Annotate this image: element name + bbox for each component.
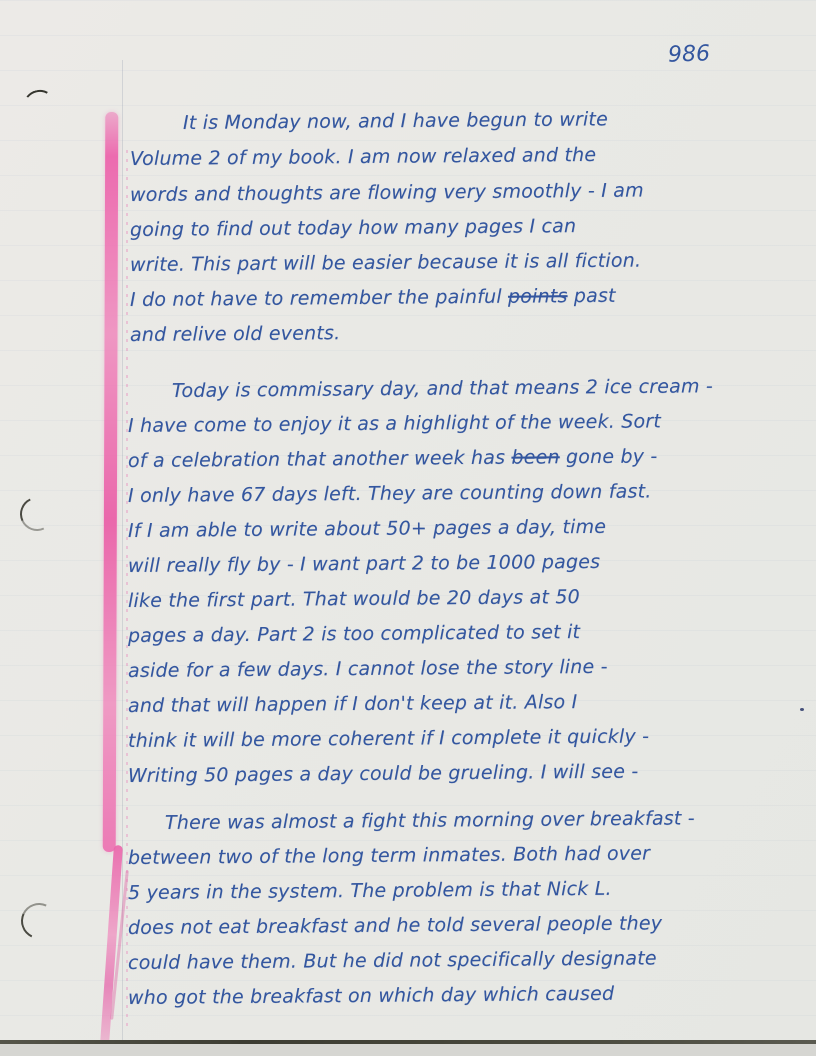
handwritten-line: If I am able to write about 50+ pages a … <box>128 516 606 542</box>
handwritten-line: think it will be more coherent if I comp… <box>128 725 649 752</box>
handwritten-line: could have them. But he did not specific… <box>128 947 657 974</box>
hole-punch-middle <box>15 492 59 536</box>
handwritten-line: and relive old events. <box>130 322 340 346</box>
handwritten-line: who got the breakfast on which day which… <box>128 983 614 1009</box>
pink-margin-line <box>103 112 119 852</box>
handwritten-line: I only have 67 days left. They are count… <box>128 480 652 507</box>
handwritten-line: pages a day. Part 2 is too complicated t… <box>128 621 580 647</box>
handwritten-line: Writing 50 pages a day could be grueling… <box>128 761 639 787</box>
handwritten-line: words and thoughts are flowing very smoo… <box>130 180 644 206</box>
handwritten-line: It is Monday now, and I have begun to wr… <box>183 108 608 134</box>
hole-punch-bottom <box>16 898 62 944</box>
handwritten-line: of a celebration that another week has b… <box>128 445 658 472</box>
handwritten-line: between two of the long term inmates. Bo… <box>128 842 650 869</box>
handwritten-line: I have come to enjoy it as a highlight o… <box>128 410 661 437</box>
handwritten-line: going to find out today how many pages I… <box>130 215 576 241</box>
handwritten-line: There was almost a fight this morning ov… <box>165 807 695 834</box>
handwritten-line: like the first part. That would be 20 da… <box>128 586 580 612</box>
paper: 986 It is Monday now, and I have begun t… <box>0 0 816 1042</box>
scanned-page: { "doc": { "page_number": "986", "paragr… <box>0 0 816 1056</box>
scanner-background: 986 It is Monday now, and I have begun t… <box>0 0 816 1056</box>
handwritten-line: does not eat breakfast and he told sever… <box>128 912 662 939</box>
handwritten-line: write. This part will be easier because … <box>130 250 641 276</box>
ink-speck <box>800 708 804 711</box>
handwritten-line: Volume 2 of my book. I am now relaxed an… <box>130 144 596 170</box>
hole-punch-top <box>22 87 57 119</box>
handwritten-line: I do not have to remember the painful po… <box>130 285 616 311</box>
handwritten-line: Today is commissary day, and that means … <box>172 375 713 402</box>
handwritten-line: aside for a few days. I cannot lose the … <box>128 656 608 682</box>
handwritten-line: and that will happen if I don't keep at … <box>128 691 578 717</box>
handwritten-line: 5 years in the system. The problem is th… <box>128 878 612 904</box>
handwritten-line: will really fly by - I want part 2 to be… <box>128 551 600 577</box>
page-number: 986 <box>668 41 711 67</box>
scan-below-page <box>0 1044 816 1056</box>
